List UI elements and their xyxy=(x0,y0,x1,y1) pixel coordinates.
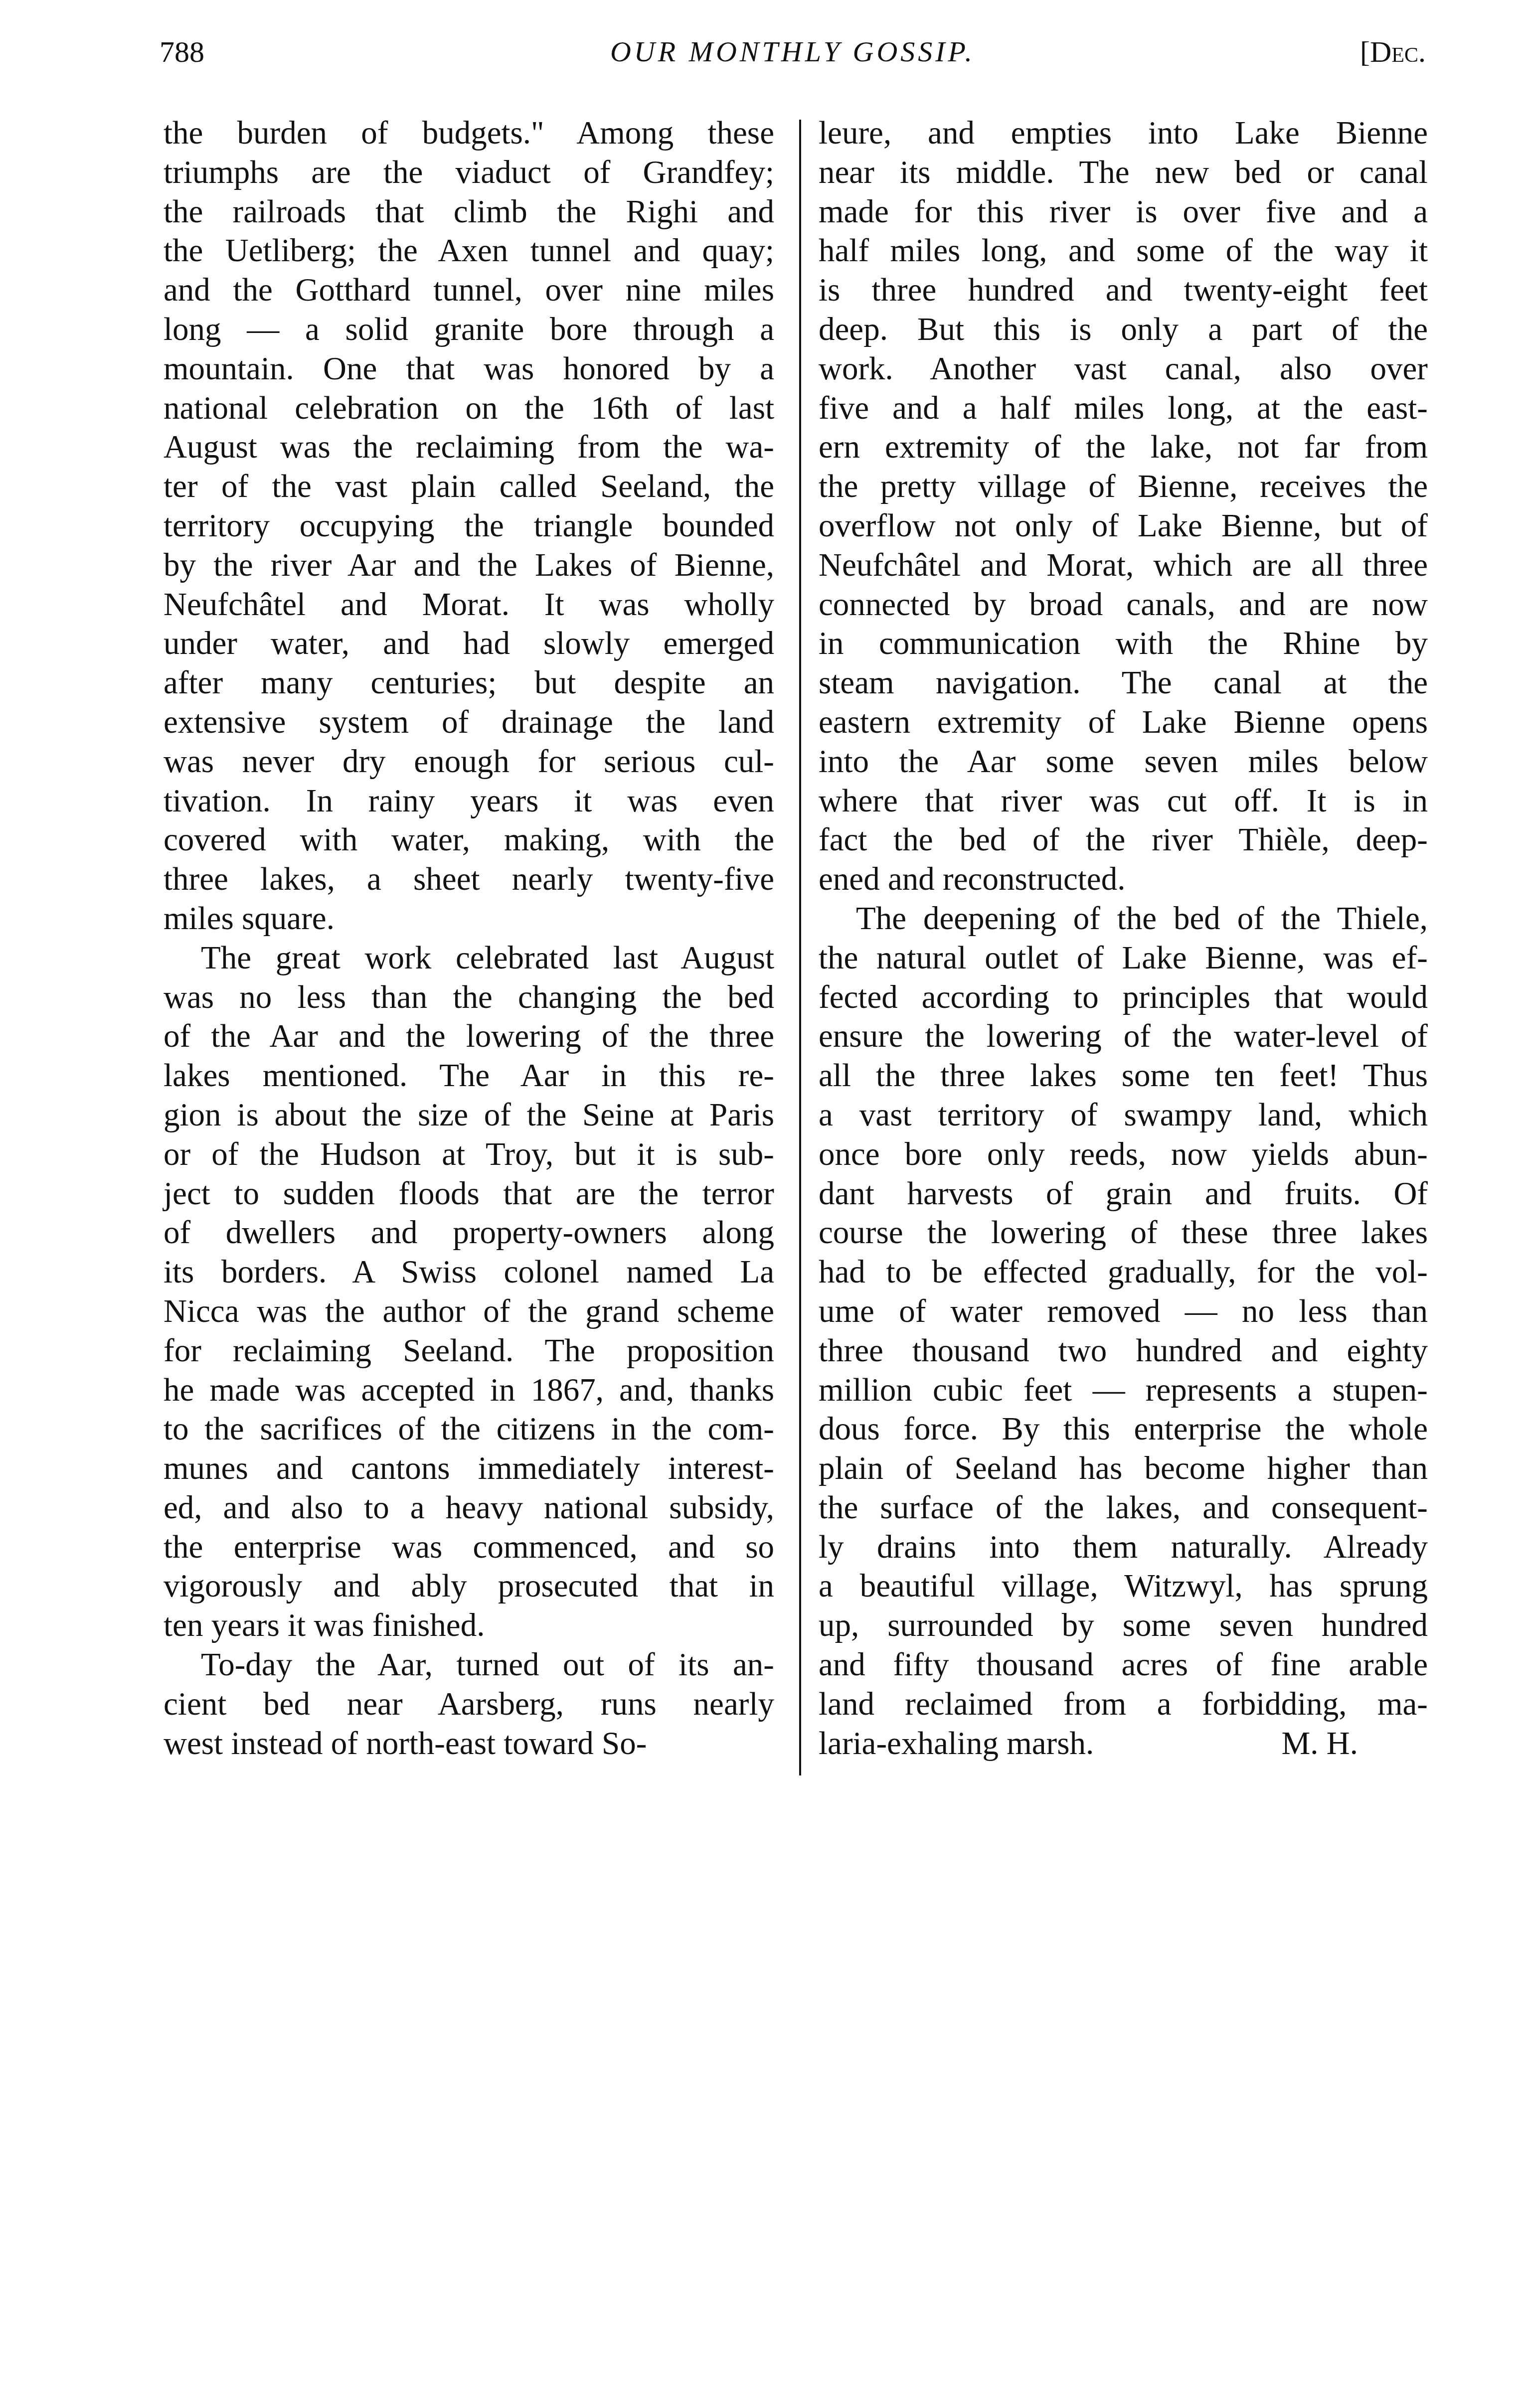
text-line: dous force. By this enterprise the whole xyxy=(819,1410,1428,1449)
text-line: a vast territory of swampy land, which xyxy=(819,1096,1428,1135)
text-line: by the river Aar and the Lakes of Bienne… xyxy=(164,546,774,585)
text-line: three lakes, a sheet nearly twenty-five xyxy=(164,860,774,899)
text-line: cient bed near Aarsberg, runs nearly xyxy=(164,1685,774,1724)
text-line: ensure the lowering of the water-level o… xyxy=(819,1017,1428,1056)
text-line: ly drains into them naturally. Already xyxy=(819,1528,1428,1567)
text-line: made for this river is over five and a xyxy=(819,192,1428,232)
text-line: gion is about the size of the Seine at P… xyxy=(164,1096,774,1135)
signature-line: laria-exhaling marsh.M. H. xyxy=(819,1724,1428,1764)
text-line: dant harvests of grain and fruits. Of xyxy=(819,1174,1428,1214)
text-line: leure, and empties into Lake Bienne xyxy=(819,114,1428,153)
text-line: ened and reconstructed. xyxy=(819,860,1428,899)
left-column: the burden of budgets." Among thesetrium… xyxy=(164,114,774,1763)
text-line: the pretty village of Bienne, receives t… xyxy=(819,467,1428,506)
text-line: mountain. One that was honored by a xyxy=(164,349,774,389)
text-line: territory occupying the triangle bounded xyxy=(164,506,774,546)
text-line: the natural outlet of Lake Bienne, was e… xyxy=(819,939,1428,978)
text-line: Nicca was the author of the grand scheme xyxy=(164,1292,774,1331)
text-line: once bore only reeds, now yields abun- xyxy=(819,1135,1428,1174)
issue-month: [Dec. xyxy=(1360,35,1426,69)
text-line: overflow not only of Lake Bienne, but of xyxy=(819,506,1428,546)
text-line: steam navigation. The canal at the xyxy=(819,663,1428,703)
text-line: ed, and also to a heavy national subsidy… xyxy=(164,1488,774,1528)
text-line: million cubic feet — represents a stupen… xyxy=(819,1371,1428,1410)
text-line: vigorously and ably prosecuted that in xyxy=(164,1567,774,1606)
text-line: national celebration on the 16th of last xyxy=(164,389,774,428)
text-line: of the Aar and the lowering of the three xyxy=(164,1017,774,1056)
text-line: for reclaiming Seeland. The proposition xyxy=(164,1331,774,1371)
text-line: west instead of north-east toward So- xyxy=(164,1724,774,1764)
page-header: 788 OUR MONTHLY GOSSIP. [Dec. xyxy=(160,35,1426,90)
text-line: connected by broad canals, and are now xyxy=(819,585,1428,625)
text-line: miles square. xyxy=(164,899,774,939)
text-line: ern extremity of the lake, not far from xyxy=(819,428,1428,467)
column-divider xyxy=(799,120,801,1775)
text-line: he made was accepted in 1867, and, thank… xyxy=(164,1371,774,1410)
text-line: or of the Hudson at Troy, but it is sub- xyxy=(164,1135,774,1174)
text-line: tivation. In rainy years it was even xyxy=(164,782,774,821)
text-line: deep. But this is only a part of the xyxy=(819,310,1428,349)
text-line: ume of water removed — no less than xyxy=(819,1292,1428,1331)
text-line: the enterprise was commenced, and so xyxy=(164,1528,774,1567)
text-line: a beautiful village, Witzwyl, has sprung xyxy=(819,1567,1428,1606)
text-line: was no less than the changing the bed xyxy=(164,978,774,1017)
text-line: had to be effected gradually, for the vo… xyxy=(819,1253,1428,1292)
text-line: Neufchâtel and Morat. It was wholly xyxy=(164,585,774,625)
text-line: was never dry enough for serious cul- xyxy=(164,742,774,782)
text-line: fact the bed of the river Thièle, deep- xyxy=(819,820,1428,860)
text-line: To-day the Aar, turned out of its an- xyxy=(164,1645,774,1685)
text-line: lakes mentioned. The Aar in this re- xyxy=(164,1056,774,1096)
text-line: triumphs are the viaduct of Grandfey; xyxy=(164,153,774,192)
text-line: The great work celebrated last August xyxy=(164,939,774,978)
text-line: Neufchâtel and Morat, which are all thre… xyxy=(819,546,1428,585)
text-line: its borders. A Swiss colonel named La xyxy=(164,1253,774,1292)
text-line: half miles long, and some of the way it xyxy=(819,231,1428,271)
text-line: is three hundred and twenty-eight feet xyxy=(819,271,1428,310)
text-line: The deepening of the bed of the Thiele, xyxy=(819,899,1428,939)
text-line: the burden of budgets." Among these xyxy=(164,114,774,153)
text-line: into the Aar some seven miles below xyxy=(819,742,1428,782)
right-column: leure, and empties into Lake Biennenear … xyxy=(819,114,1428,1763)
text-line: and the Gotthard tunnel, over nine miles xyxy=(164,271,774,310)
text-line: fected according to principles that woul… xyxy=(819,978,1428,1017)
text-line: long — a solid granite bore through a xyxy=(164,310,774,349)
text-line: course the lowering of these three lakes xyxy=(819,1213,1428,1253)
text-line: and fifty thousand acres of fine arable xyxy=(819,1645,1428,1685)
text-line: ten years it was finished. xyxy=(164,1606,774,1645)
text-line: extensive system of drainage the land xyxy=(164,703,774,742)
text-line: after many centuries; but despite an xyxy=(164,663,774,703)
text-line: to the sacrifices of the citizens in the… xyxy=(164,1410,774,1449)
text-line: ject to sudden floods that are the terro… xyxy=(164,1174,774,1214)
text-line: land reclaimed from a forbidding, ma- xyxy=(819,1685,1428,1724)
text-line: eastern extremity of Lake Bienne opens xyxy=(819,703,1428,742)
text-line: the railroads that climb the Righi and xyxy=(164,192,774,232)
text-line: in communication with the Rhine by xyxy=(819,624,1428,663)
text-line: ter of the vast plain called Seeland, th… xyxy=(164,467,774,506)
text-line: laria-exhaling marsh. xyxy=(819,1724,1094,1764)
author-signature: M. H. xyxy=(1282,1724,1358,1764)
text-line: work. Another vast canal, also over xyxy=(819,349,1428,389)
text-line: munes and cantons immediately interest- xyxy=(164,1449,774,1488)
text-line: under water, and had slowly emerged xyxy=(164,624,774,663)
text-line: covered with water, making, with the xyxy=(164,820,774,860)
text-line: plain of Seeland has become higher than xyxy=(819,1449,1428,1488)
text-line: three thousand two hundred and eighty xyxy=(819,1331,1428,1371)
text-line: the surface of the lakes, and consequent… xyxy=(819,1488,1428,1528)
text-line: August was the reclaiming from the wa- xyxy=(164,428,774,467)
text-line: near its middle. The new bed or canal xyxy=(819,153,1428,192)
running-title: OUR MONTHLY GOSSIP. xyxy=(160,35,1426,68)
text-line: of dwellers and property-owners along xyxy=(164,1213,774,1253)
text-line: up, surrounded by some seven hundred xyxy=(819,1606,1428,1645)
text-line: all the three lakes some ten feet! Thus xyxy=(819,1056,1428,1096)
text-line: where that river was cut off. It is in xyxy=(819,782,1428,821)
text-line: the Uetliberg; the Axen tunnel and quay; xyxy=(164,231,774,271)
text-line: five and a half miles long, at the east- xyxy=(819,389,1428,428)
